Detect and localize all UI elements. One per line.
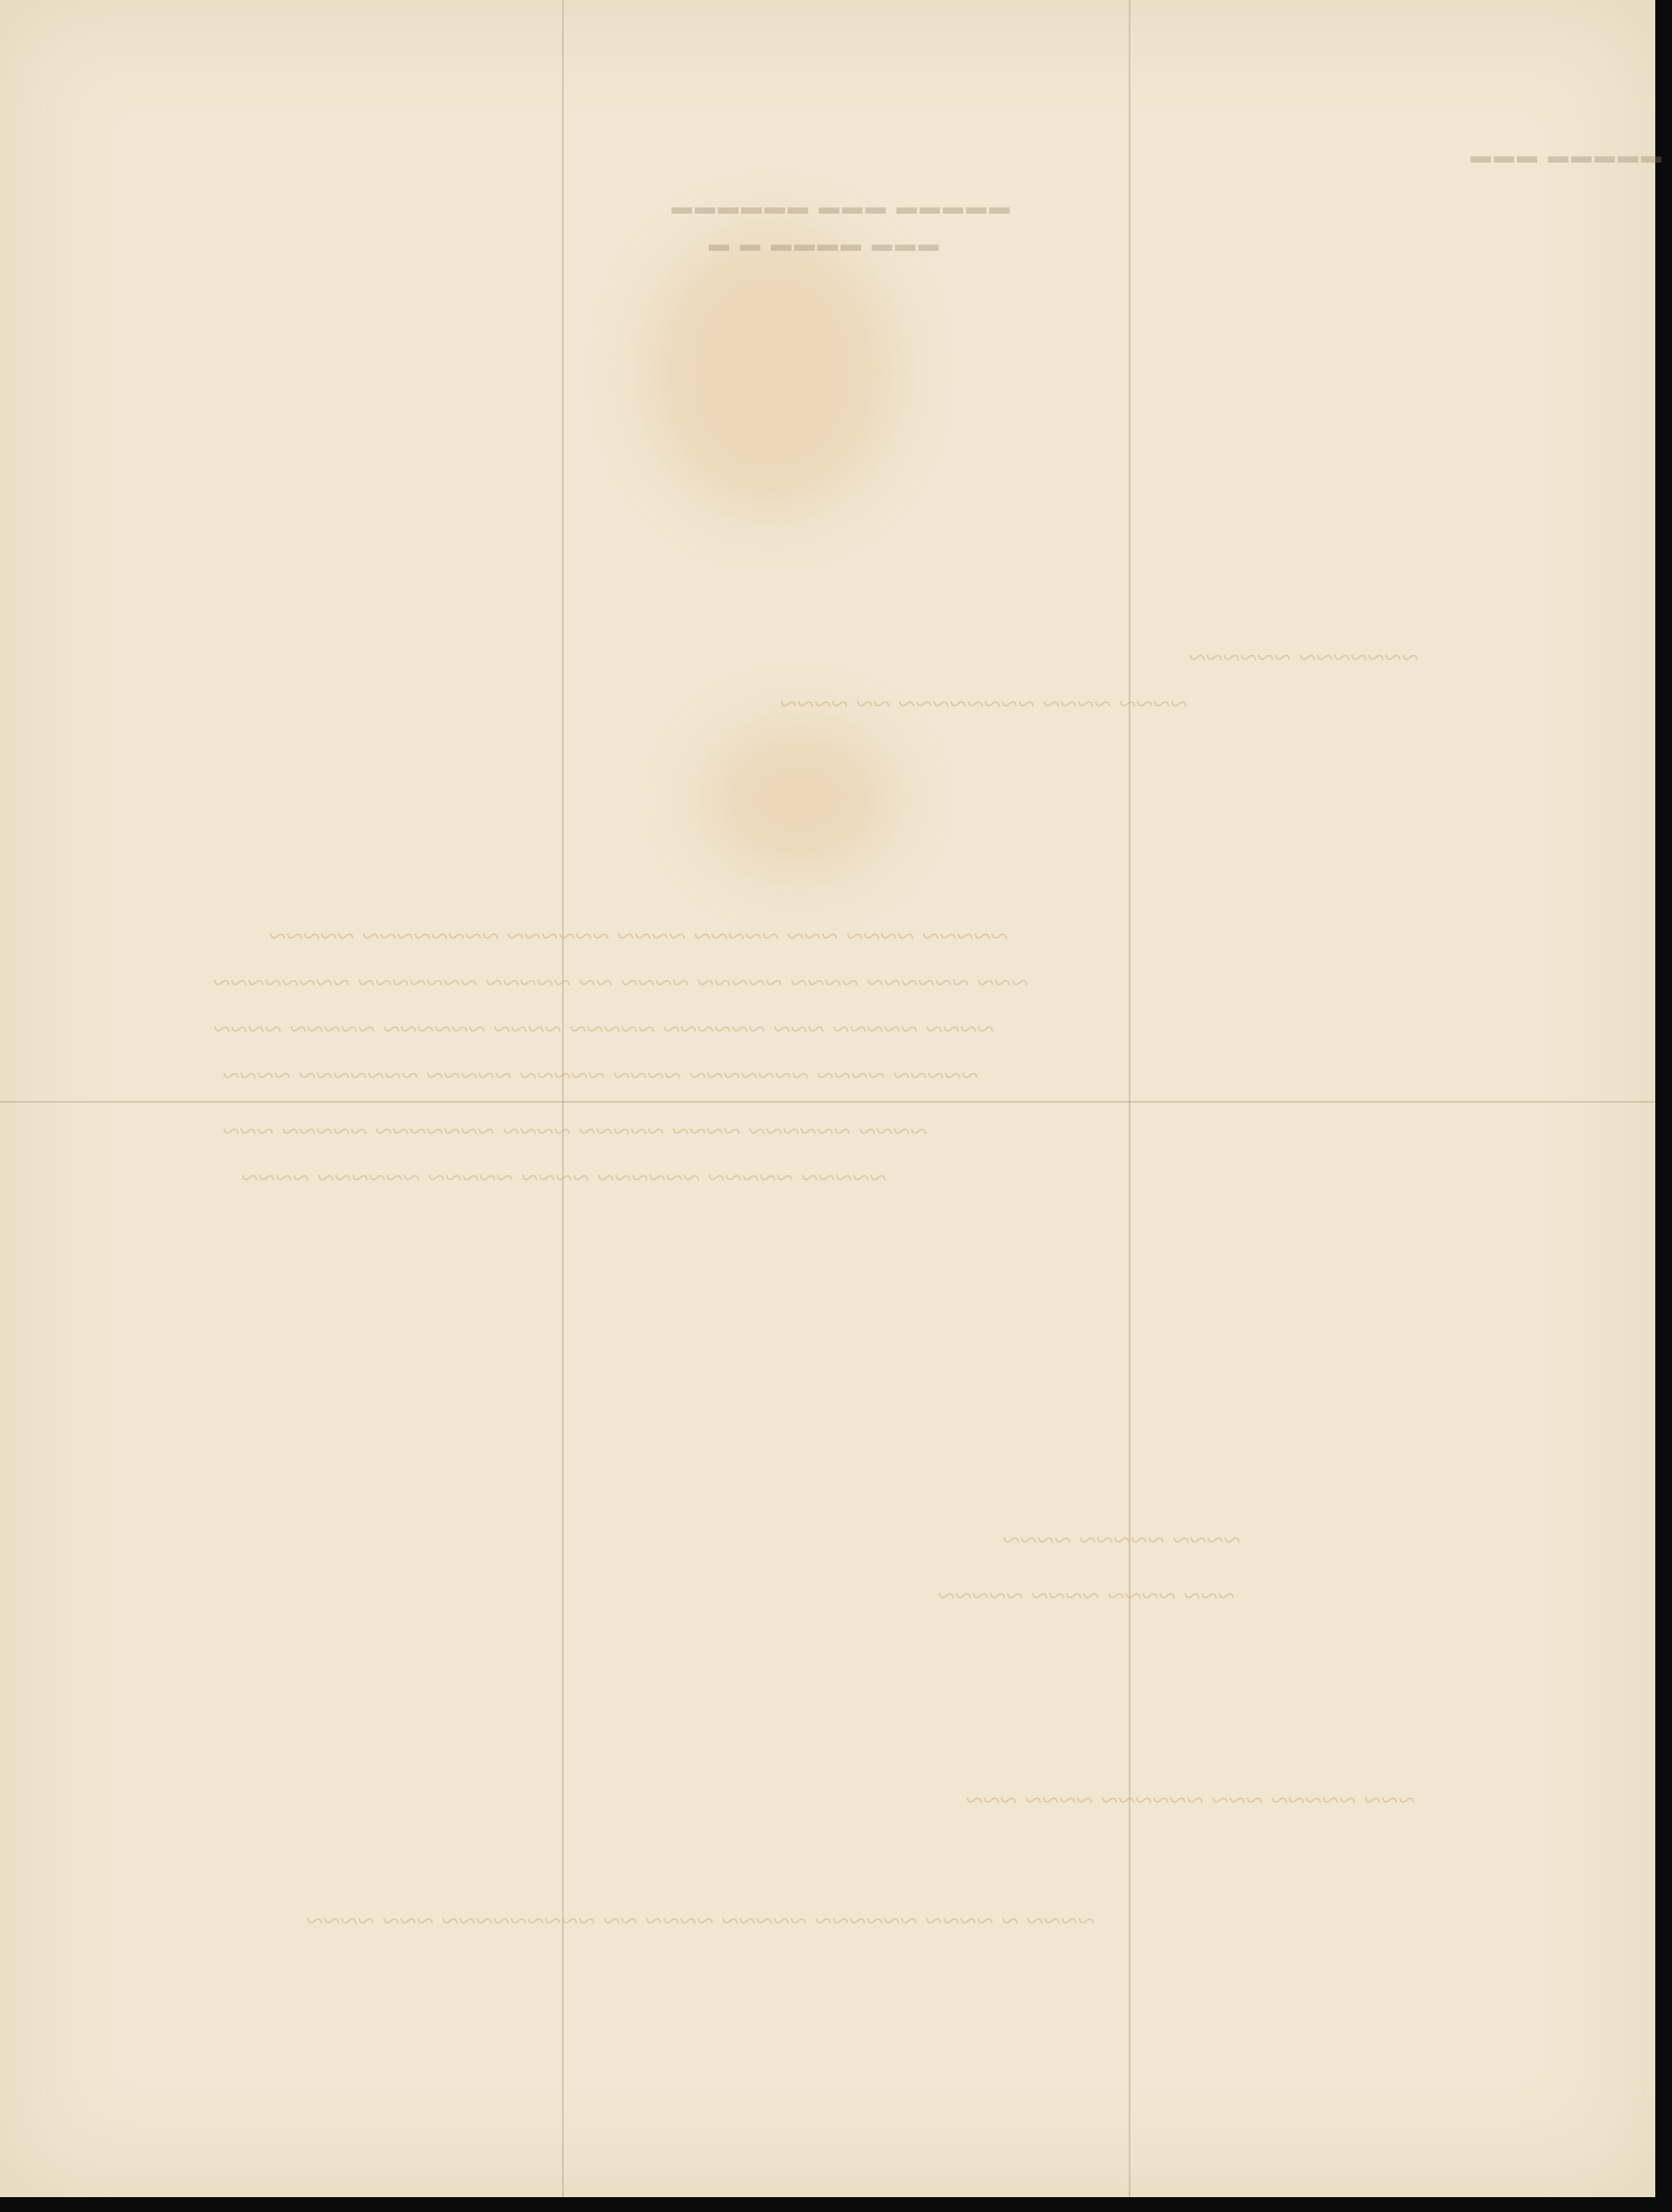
ghost-handwriting: ~~~~ ~~~~ ~~~~~~~~ ~~ ~~~~ (780, 687, 1188, 723)
stain (706, 725, 892, 873)
ghost-handwriting: ~~~~~ ~~~~ ~~~~~~~ ~~~~ ~~~~~ ~~~~~ ~~~~… (223, 1059, 979, 1094)
ghost-handwriting: ~~~~ ~~~~~ ~~~~ (1003, 1524, 1241, 1559)
ghost-handwriting: ~~~~~ ~~~~ ~~~ ~~~~~ ~~~~ ~~~~~~ ~~~~~~~… (269, 920, 1008, 955)
ghost-handwriting: ~~~ ~~~~~ ~~~ ~~~~~~ ~~~~ ~~~ (966, 1784, 1416, 1819)
paper-sheet: ▬▬▬▬ ▬▬▬▬▬ ▬▬▬ ▬▬▬▬▬ ▬▬▬ ▬▬▬▬▬▬ ▬▬▬ ▬▬▬▬… (0, 0, 1655, 2197)
stain (650, 232, 892, 511)
ghost-handwriting: ~~~~ ~ ~~~~ ~~~~~~ ~~~~~ ~~~~ ~~ ~~~~~~~… (307, 1904, 1095, 1940)
ghost-text: ▬▬▬ ▬▬▬▬ ▬ ▬ (706, 232, 939, 256)
scan-frame: ▬▬▬▬ ▬▬▬▬▬ ▬▬▬ ▬▬▬▬▬ ▬▬▬ ▬▬▬▬▬▬ ▬▬▬ ▬▬▬▬… (0, 0, 1672, 2212)
ghost-text: ▬▬▬▬ ▬▬▬▬▬ ▬▬▬ (1468, 144, 1672, 168)
ghost-handwriting: ~~~~ ~~~~~~ ~~~~ ~~~~~ ~~~~ ~~~~~~~ ~~~~… (223, 1115, 928, 1150)
fold-line-horizontal (0, 1101, 1655, 1103)
fold-line-vertical (562, 0, 564, 2197)
ghost-handwriting: ~~~~~ ~~~~~ ~~~~~~ ~~~~ ~~~~~ ~~~~~~ ~~~… (242, 1161, 887, 1197)
ghost-handwriting: ~~~~ ~~~~~ ~~~ ~~~~~~ ~~~~~ ~~~~ ~~~~~~ … (214, 1013, 995, 1048)
ghost-text: ▬▬▬▬▬ ▬▬▬ ▬▬▬▬▬▬ (669, 195, 1010, 219)
ghost-handwriting: ~~~ ~~~~ ~~~~ ~~~~~ (938, 1579, 1235, 1615)
ghost-handwriting: ~~~~~~~ ~~~~~~ (1189, 641, 1419, 676)
fold-line-vertical (1129, 0, 1130, 2197)
ghost-handwriting: ~~~ ~~~~~~ ~~~~ ~~~~~ ~~~~ ~~ ~~~~~ ~~~~… (214, 966, 1028, 1001)
